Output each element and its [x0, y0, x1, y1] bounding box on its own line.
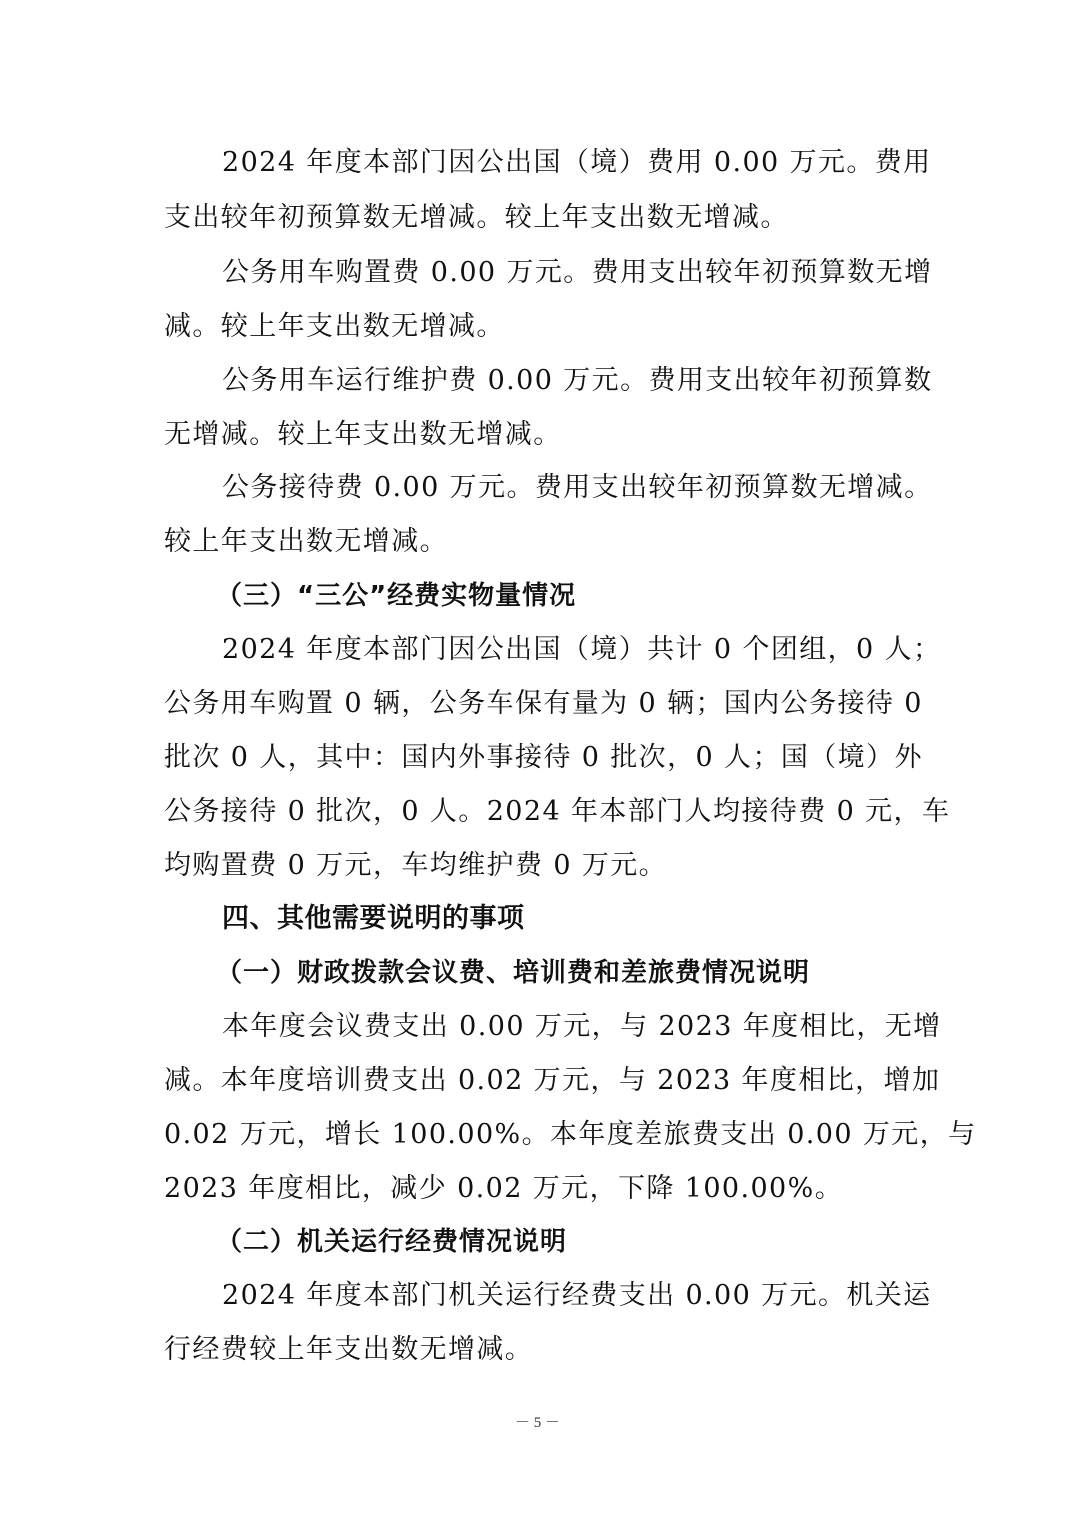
paragraph-line: 减。较上年支出数无增减。	[164, 309, 914, 345]
page-number: － 5 －	[0, 1411, 1075, 1432]
paragraph-line: 2024 年度本部门机关运行经费支出 0.00 万元。机关运	[222, 1278, 972, 1314]
paragraph-line: 减。本年度培训费支出 0.02 万元，与 2023 年度相比，增加	[164, 1063, 914, 1099]
paragraph-line: 行经费较上年支出数无增减。	[164, 1332, 914, 1368]
paragraph-line: 2024 年度本部门因公出国（境）费用 0.00 万元。费用	[222, 145, 972, 181]
paragraph-line: 2023 年度相比，减少 0.02 万元，下降 100.00%。	[164, 1171, 914, 1207]
paragraph-line: 0.02 万元，增长 100.00%。本年度差旅费支出 0.00 万元，与	[164, 1117, 914, 1153]
section-subheading: （三）“三公”经费实物量情况	[216, 578, 966, 614]
paragraph-line: 无增减。较上年支出数无增减。	[164, 417, 914, 453]
paragraph-line: 公务用车运行维护费 0.00 万元。费用支出较年初预算数	[222, 363, 972, 399]
paragraph-line: 较上年支出数无增减。	[164, 524, 914, 560]
paragraph-line: 本年度会议费支出 0.00 万元，与 2023 年度相比，无增	[222, 1009, 972, 1045]
paragraph-line: 公务用车购置费 0.00 万元。费用支出较年初预算数无增	[222, 255, 972, 291]
paragraph-line: 均购置费 0 万元，车均维护费 0 万元。	[164, 848, 914, 884]
document-page: 2024 年度本部门因公出国（境）费用 0.00 万元。费用 支出较年初预算数无…	[0, 0, 1075, 1520]
paragraph-line: 支出较年初预算数无增减。较上年支出数无增减。	[164, 200, 914, 236]
paragraph-line: 公务接待费 0.00 万元。费用支出较年初预算数无增减。	[222, 470, 972, 506]
section-heading: 四、其他需要说明的事项	[222, 901, 972, 937]
section-subheading: （二）机关运行经费情况说明	[216, 1224, 966, 1260]
paragraph-line: 2024 年度本部门因公出国（境）共计 0 个团组，0 人；	[222, 632, 972, 668]
paragraph-line: 公务接待 0 批次，0 人。2024 年本部门人均接待费 0 元，车	[164, 794, 914, 830]
section-subheading: （一）财政拨款会议费、培训费和差旅费情况说明	[216, 955, 966, 991]
paragraph-line: 批次 0 人，其中：国内外事接待 0 批次，0 人；国（境）外	[164, 740, 914, 776]
paragraph-line: 公务用车购置 0 辆，公务车保有量为 0 辆；国内公务接待 0	[164, 686, 914, 722]
